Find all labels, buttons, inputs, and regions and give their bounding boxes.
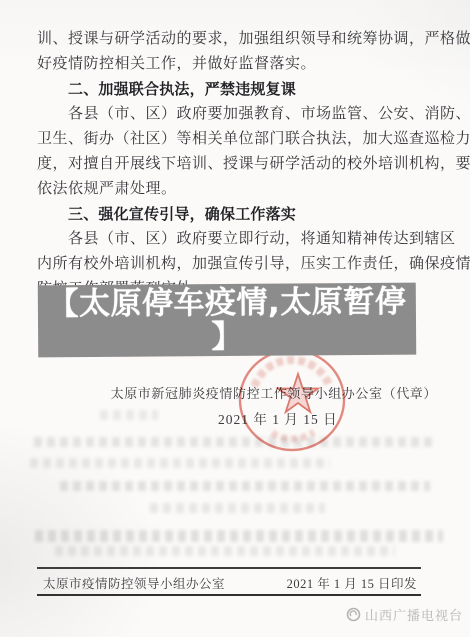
bleed-through-ghost: [30, 458, 330, 468]
section-heading: 三、强化宣传引导，确保工作落实: [37, 202, 435, 227]
bleed-through-ghost: [60, 481, 430, 491]
bleed-through-ghost: [35, 530, 443, 542]
body-line: 各县（市、区）政府要立即行动，将通知精神传达到辖区: [37, 227, 435, 252]
seal-bottom-text: [272, 432, 314, 439]
body-line: 好疫情防控相关工作，并做好监督落实。: [37, 52, 435, 77]
seal-star-icon: [278, 374, 318, 412]
body-line: 训、授课与研学活动的要求，加强组织领导和统筹协调，严格做: [37, 27, 435, 52]
watermark-text: 山西广播电视台: [365, 605, 463, 624]
body-line: 内所有校外培训机构，加强宣传引导，压实工作责任，确保疫情: [37, 252, 435, 277]
headline-text-line2: 】: [211, 320, 243, 354]
headline-overlay: 【太原停车疫情,太原暂停 】: [38, 283, 416, 358]
body-line: 各县（市、区）政府要加强教育、市场监管、公安、消防、: [37, 102, 435, 127]
body-line: 依法依规严肃处理。: [37, 177, 435, 202]
footer-rule-top: [37, 567, 421, 569]
bleed-through-ghost: [100, 410, 158, 420]
bleed-through-ghost: [150, 503, 325, 513]
print-date: 2021 年 1 月 15 日印发: [287, 574, 417, 592]
official-seal-icon: [238, 346, 348, 456]
tv-station-logo-icon: [346, 607, 361, 622]
footer-rule-bottom: [37, 594, 421, 596]
bleed-through-ghost: [34, 437, 434, 447]
document-page: 训、授课与研学活动的要求，加强组织领导和统筹协调，严格做 好疫情防控相关工作，并…: [0, 0, 470, 637]
seal-arc-text: [254, 360, 329, 386]
footer-row: 太原市疫情防控领导小组办公室 2021 年 1 月 15 日印发: [43, 574, 417, 592]
body-line: 度，对擅自开展线下培训、授课与研学活动的校外培训机构，要: [37, 152, 435, 177]
body-line: 卫生、街办（社区）等相关单位部门联合执法，加大巡查巡检力: [37, 127, 435, 152]
issuer-name: 太原市疫情防控领导小组办公室: [43, 574, 225, 592]
document-body: 训、授课与研学活动的要求，加强组织领导和统筹协调，严格做 好疫情防控相关工作，并…: [37, 27, 435, 302]
section-heading: 二、加强联合执法，严禁违规复课: [37, 77, 435, 102]
bleed-through-ghost: [55, 546, 395, 556]
watermark: 山西广播电视台: [346, 605, 463, 624]
headline-text-line1: 【太原停车疫情,太原暂停: [47, 285, 406, 322]
